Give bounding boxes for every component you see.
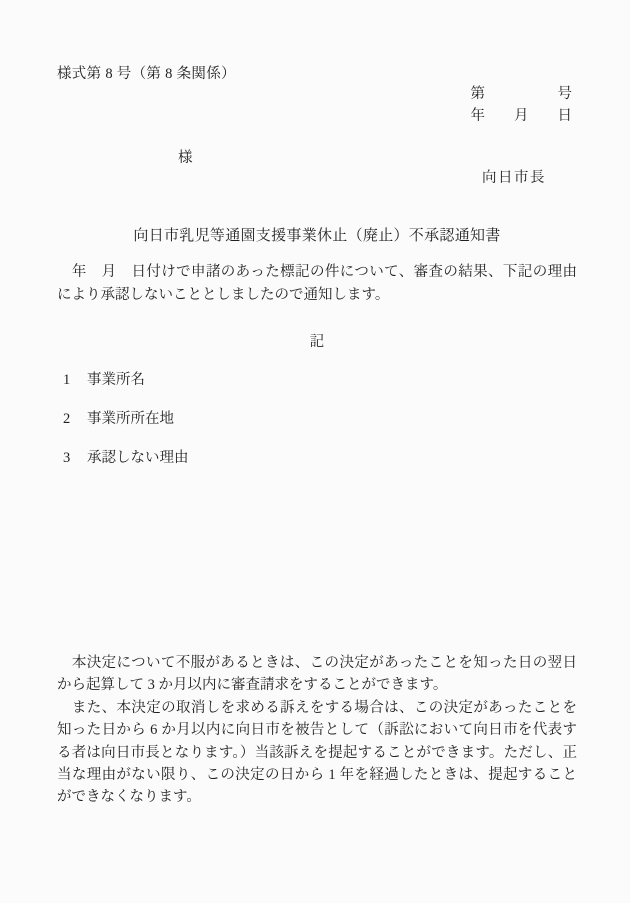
document-title: 向日市乳児等通園支援事業休止（廃止）不承認通知書 [57,224,577,245]
appeal-notes-block: 本決定について不服があるときは、この決定があったことを知った日の翌日から起算して… [57,652,577,809]
list-item-number: 2 [63,410,87,428]
appeal-paragraph-lawsuit: また、本決定の取消しを求める訴えをする場合は、この決定があったことを知った日から… [57,697,577,809]
list-item-label: 事業所所在地 [87,411,174,427]
list-item-number: 3 [63,449,87,467]
list-item-number: 1 [63,371,87,389]
document-number-line: 第 号 [471,83,573,105]
sender-title: 向日市長 [482,166,546,187]
list-item-denial-reason: 3承認しない理由 [63,449,189,467]
form-number-label: 様式第 8 号（第 8 条関係） [57,62,236,83]
addressee-honorific: 様 [178,146,193,167]
list-item-label: 事業所名 [87,372,145,388]
intro-paragraph: 年 月 日付けで申諸のあった標記の件について、審査の結果、下記の理由により承認し… [57,261,577,306]
list-item-label: 承認しない理由 [87,450,189,466]
document-page: 様式第 8 号（第 8 条関係） 第 号 年 月 日 様 向日市長 向日市乳児等… [0,0,630,903]
document-number-date-block: 第 号 年 月 日 [471,83,573,127]
date-line: 年 月 日 [471,105,573,127]
list-item-business-address: 2事業所所在地 [63,410,174,428]
list-item-business-name: 1事業所名 [63,371,145,389]
record-heading: 記 [57,330,577,351]
appeal-paragraph-review-request: 本決定について不服があるときは、この決定があったことを知った日の翌日から起算して… [57,652,577,697]
